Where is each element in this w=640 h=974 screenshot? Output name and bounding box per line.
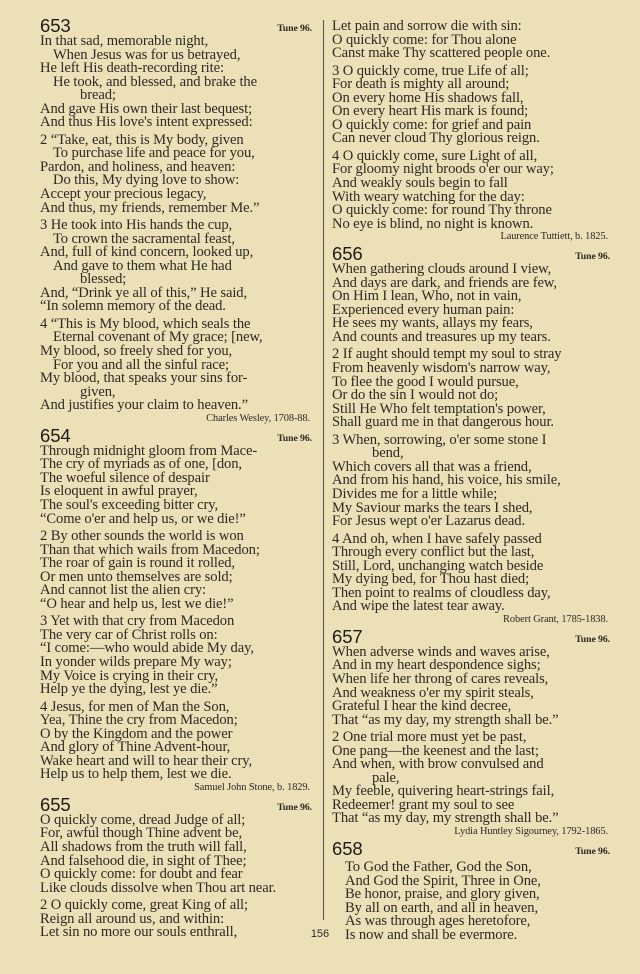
hymn-656: 656 Tune 96. When gathering clouds aroun… bbox=[332, 245, 610, 625]
hymn-653: 653 Tune 96. In that sad, memorable nigh… bbox=[40, 17, 312, 424]
verse-line: Canst make Thy scattered people one. bbox=[332, 47, 610, 61]
hymn-author: Robert Grant, 1785-1838. bbox=[332, 614, 610, 625]
hymn-655-continued: Let pain and sorrow die with sin: O quic… bbox=[332, 20, 610, 242]
verse-1: In that sad, memorable night, When Jesus… bbox=[40, 35, 312, 130]
tune-label: Tune 96. bbox=[575, 252, 610, 263]
right-column: Let pain and sorrow die with sin: O quic… bbox=[332, 14, 610, 942]
hymn-654: 654 Tune 96. Through midnight gloom from… bbox=[40, 427, 312, 793]
hymn-author: Laurence Tuttiett, b. 1825. bbox=[332, 231, 610, 242]
verse-2-continued: Let pain and sorrow die with sin: O quic… bbox=[332, 20, 610, 61]
hymn-655: 655 Tune 96. O quickly come, dread Judge… bbox=[40, 796, 312, 940]
verse-line: Shall guard me in that dangerous hour. bbox=[332, 416, 610, 430]
hymn-author: Lydia Huntley Sigourney, 1792-1865. bbox=[332, 826, 610, 837]
tune-label: Tune 96. bbox=[277, 24, 312, 35]
verse-3: 3 He took into His hands the cup, To cro… bbox=[40, 219, 312, 314]
verse-1: Through midnight gloom from Mace- The cr… bbox=[40, 445, 312, 526]
hymn-658: 658 Tune 96. To God the Father, God the … bbox=[332, 840, 610, 942]
verse-3: 3 O quickly come, true Life of all; For … bbox=[332, 65, 610, 146]
verse-2: 2 By other sounds the world is won Than … bbox=[40, 530, 312, 611]
verse-2: 2 “Take, eat, this is My body, given To … bbox=[40, 134, 312, 215]
verse-3: 3 Yet with that cry from Macedon The ver… bbox=[40, 615, 312, 696]
verse-1: O quickly come, dread Judge of all; For,… bbox=[40, 814, 312, 895]
verse-line: And wipe the latest tear away. bbox=[332, 600, 610, 614]
verse-line: “O hear and help us, lest we die!” bbox=[40, 598, 312, 612]
verse-line: And thus His love's intent expressed: bbox=[40, 116, 312, 130]
hymn-author: Charles Wesley, 1708-88. bbox=[40, 413, 312, 424]
verse-line: “Come o'er and help us, or we die!” bbox=[40, 513, 312, 527]
verse-4: 4 “This is My blood, which seals the Ete… bbox=[40, 318, 312, 413]
verse-2: 2 If aught should tempt my soul to stray… bbox=[332, 348, 610, 429]
verse-line: For Jesus wept o'er Lazarus dead. bbox=[332, 515, 610, 529]
verse-line: “In solemn memory of the dead. bbox=[40, 300, 312, 314]
tune-label: Tune 96. bbox=[575, 847, 610, 858]
verse-line: Like clouds dissolve when Thou art near. bbox=[40, 882, 312, 896]
hymn-author: Samuel John Stone, b. 1829. bbox=[40, 782, 312, 793]
page-number: 156 bbox=[0, 928, 640, 940]
tune-label: Tune 96. bbox=[575, 635, 610, 646]
verse-line: Help ye the dying, lest ye die.” bbox=[40, 683, 312, 697]
verse-line: And counts and treasures up my tears. bbox=[332, 331, 610, 345]
column-divider bbox=[323, 20, 324, 920]
hymn-number: 658 bbox=[332, 840, 363, 858]
verse-2: 2 One trial more must yet be past, One p… bbox=[332, 731, 610, 826]
hymn-657: 657 Tune 96. When adverse winds and wave… bbox=[332, 628, 610, 837]
left-column: 653 Tune 96. In that sad, memorable nigh… bbox=[40, 14, 312, 940]
tune-label: Tune 96. bbox=[277, 803, 312, 814]
hymnal-page: 653 Tune 96. In that sad, memorable nigh… bbox=[0, 0, 640, 974]
verse-line: And justifies your claim to heaven.” bbox=[40, 399, 312, 413]
verse-1: When adverse winds and waves arise, And … bbox=[332, 646, 610, 727]
verse-line: Can never cloud Thy glorious reign. bbox=[332, 132, 610, 146]
verse-1: When gathering clouds around I view, And… bbox=[332, 263, 610, 344]
verse-line: That “as my day, my strength shall be.” bbox=[332, 812, 610, 826]
tune-label: Tune 96. bbox=[277, 434, 312, 445]
verse-3: 3 When, sorrowing, o'er some stone I ben… bbox=[332, 434, 610, 529]
verse-4: 4 O quickly come, sure Light of all, For… bbox=[332, 150, 610, 231]
verse-line: That “as my day, my strength shall be.” bbox=[332, 714, 610, 728]
verse-4: 4 And oh, when I have safely passed Thro… bbox=[332, 533, 610, 614]
verse-4: 4 Jesus, for men of Man the Son, Yea, Th… bbox=[40, 701, 312, 782]
verse-line: Help us to help them, lest we die. bbox=[40, 768, 312, 782]
verse-line: No eye is blind, no night is known. bbox=[332, 218, 610, 232]
verse-line: And thus, my friends, remember Me.” bbox=[40, 202, 312, 216]
